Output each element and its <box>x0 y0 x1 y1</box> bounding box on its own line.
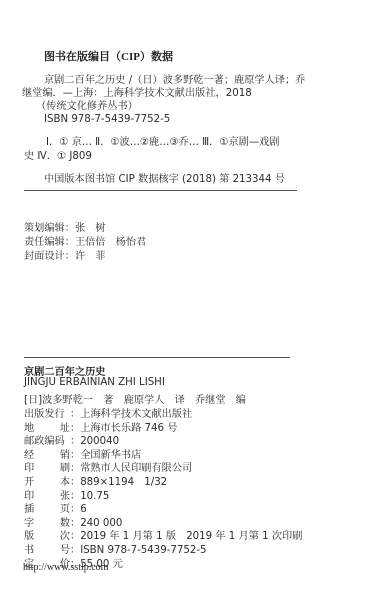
credit-responsible-editor: 责任编辑：王倍倍 杨怡君 <box>24 233 146 248</box>
cip-subject-line-2: 史 Ⅳ．① J809 <box>24 150 92 163</box>
credit-planning-editor: 策划编辑：张 树 <box>24 219 106 234</box>
credit-cover-design: 封面设计：许 菲 <box>24 247 106 262</box>
cip-entry-line-3: （传统文化修养丛书） <box>36 100 138 113</box>
cip-entry-line-2: 继堂编．—上海：上海科学技术文献出版社，2018 <box>22 87 252 100</box>
cip-subject-line-1: Ⅰ．① 京… Ⅱ．①波…②鹿…③乔… Ⅲ．①京剧—戏剧 <box>46 136 279 149</box>
cip-heading: 图书在版编目（CIP）数据 <box>44 48 173 64</box>
imprint-title-cn: 京剧二百年之历史 <box>24 363 106 378</box>
imprint-divider <box>24 357 290 358</box>
credit-label: 封面设计： <box>24 251 75 262</box>
cip-heading-cip: CIP <box>121 51 140 63</box>
cip-entry-line-4: ISBN 978-7-5439-7752-5 <box>44 113 170 126</box>
cip-heading-prefix: 图书在版编目（ <box>44 50 121 63</box>
cip-heading-suffix: ）数据 <box>140 50 173 63</box>
publisher-url[interactable]: http://www.sstlp.com <box>23 562 108 573</box>
credit-value: 许 菲 <box>75 251 106 262</box>
cip-number: 中国版本图书馆 CIP 数据核字 (2018) 第 213344 号 <box>44 173 285 186</box>
cip-divider <box>24 190 297 191</box>
imprint-title-pinyin: JINGJU ERBAINIAN ZHI LISHI <box>24 377 165 388</box>
cip-entry-line-1: 京剧二百年之历史 /（日）波多野乾一著；鹿原学人译；乔 <box>44 74 305 87</box>
imprint-authors: [日]波多野乾一 著 鹿原学人 译 乔继堂 编 <box>24 391 246 406</box>
